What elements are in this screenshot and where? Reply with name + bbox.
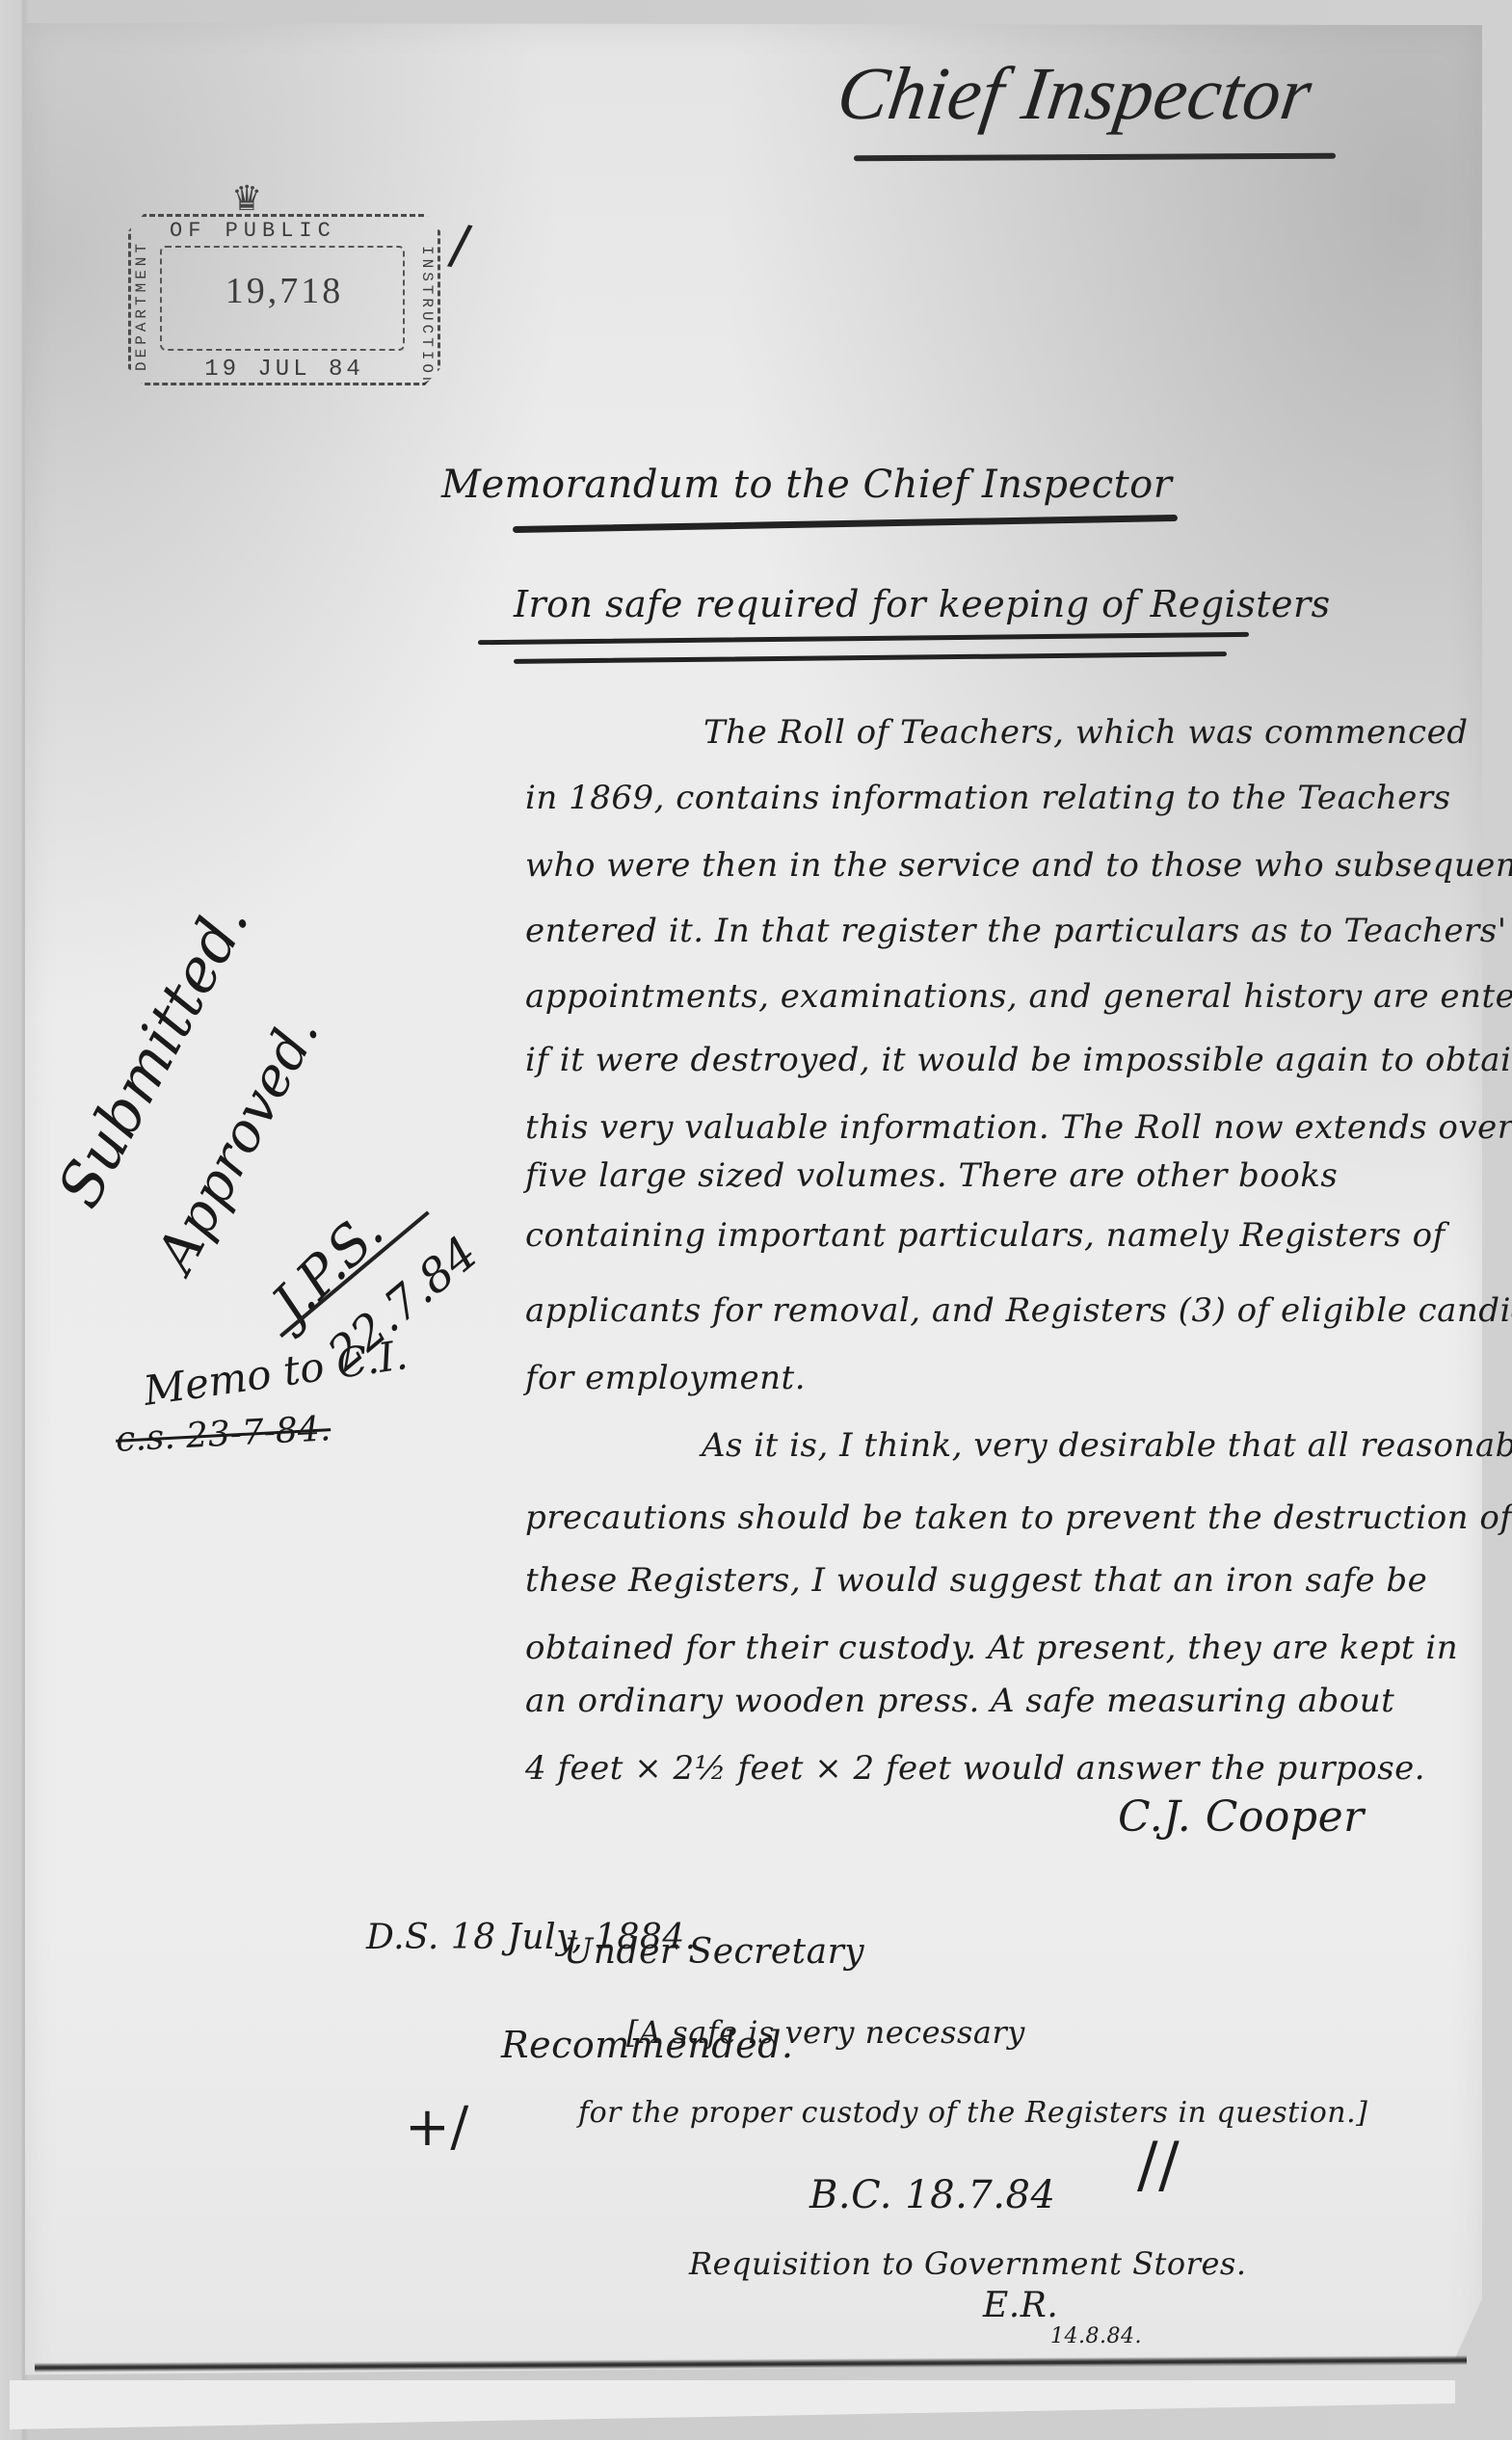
- body-line: obtained for their custody. At present, …: [525, 1629, 1458, 1667]
- body-line: 4 feet × 2½ feet × 2 feet would answer t…: [525, 1749, 1425, 1788]
- memo-title: Memorandum to the Chief Inspector: [441, 463, 1172, 507]
- body-line: entered it. In that register the particu…: [525, 912, 1507, 950]
- body-line: containing important particulars, namely…: [525, 1216, 1446, 1255]
- body-line: who were then in the service and to thos…: [525, 846, 1512, 885]
- recommendation-initials-date: B.C. 18.7.84: [809, 2173, 1055, 2217]
- body-line: As it is, I think, very desirable that a…: [702, 1426, 1512, 1465]
- plus-mark: +/: [405, 2096, 469, 2159]
- signature: C.J. Cooper: [1118, 1792, 1365, 1842]
- requisition-note: Requisition to Government Stores.: [689, 2245, 1247, 2282]
- requisition-initials: E.R.: [983, 2286, 1058, 2325]
- body-line: this very valuable information. The Roll…: [525, 1108, 1512, 1147]
- body-line: in 1869, contains information relating t…: [525, 779, 1451, 817]
- body-line: if it were destroyed, it would be imposs…: [525, 1041, 1512, 1079]
- body-line: The Roll of Teachers, which was commence…: [703, 713, 1469, 752]
- stamp-date: 19 JUL 84: [131, 357, 438, 383]
- body-line: appointments, examinations, and general …: [525, 977, 1512, 1016]
- body-line: for employment.: [525, 1359, 806, 1397]
- requisition-date: 14.8.84.: [1050, 2324, 1142, 2348]
- under-secretary: Under Secretary: [564, 1932, 864, 1972]
- body-line: applicants for removal, and Registers (3…: [525, 1291, 1512, 1330]
- body-line: five large sized volumes. There are othe…: [525, 1156, 1338, 1195]
- double-tick-mark: //: [1137, 2130, 1180, 2201]
- stamp-top-text: OF PUBLIC: [170, 219, 336, 243]
- body-line: these Registers, I would suggest that an…: [525, 1561, 1427, 1600]
- body-line: an ordinary wooden press. A safe measuri…: [525, 1682, 1394, 1720]
- body-line: precautions should be taken to prevent t…: [525, 1498, 1512, 1537]
- stamp-number: 19,718: [131, 270, 438, 312]
- crown-icon: ♛: [231, 179, 262, 219]
- recommendation-note-line-2: for the proper custody of the Registers …: [578, 2096, 1367, 2130]
- addressee-heading: Chief Inspector: [833, 50, 1317, 137]
- recommendation-note-line-1: [A safe is very necessary: [626, 2014, 1025, 2051]
- department-stamp: OF PUBLIC DEPARTMENT INSTRUCTION 19,718 …: [128, 214, 440, 385]
- memo-subject: Iron safe required for keeping of Regist…: [514, 583, 1331, 625]
